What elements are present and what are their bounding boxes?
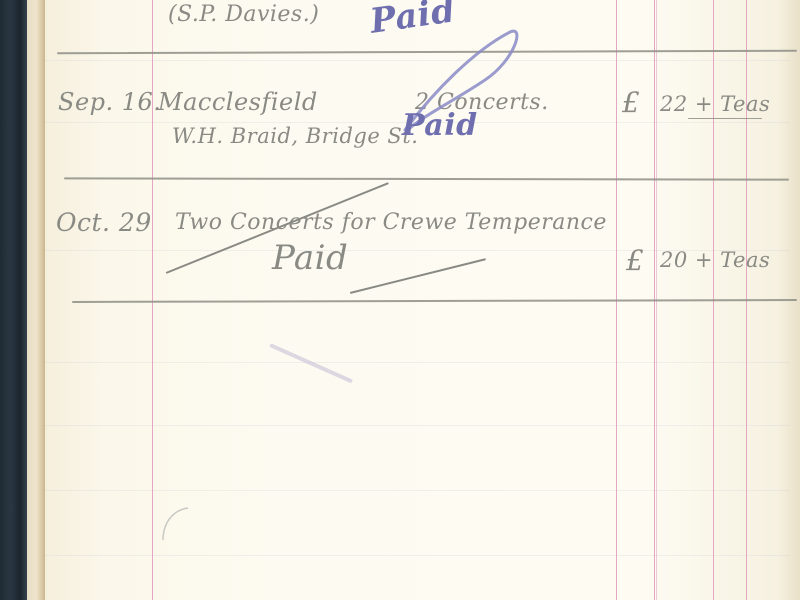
entry-date: Sep. 16. [58,88,161,116]
entry-description: Two Concerts for Crewe Temperance [175,210,607,235]
entry-contact: W.H. Braid, Bridge St. [172,124,418,148]
top-name-line: (S.P. Davies.) [168,2,319,27]
ledger-page-photo: (S.P. Davies.) Paid Sep. 16. Macclesfiel… [0,0,800,600]
faint-rule [45,490,790,491]
entry-fee: 22 + Teas [660,92,770,116]
fee-pound-sign: £ [622,86,640,119]
fee-underline [688,118,762,119]
paid-stamp: Paid [402,108,478,143]
entry-date: Oct. 29 [56,208,152,237]
book-binding [0,0,27,600]
faint-rule [45,555,790,556]
entry-fee: 20 + Teas [660,248,770,272]
fee-pound-sign: £ [626,244,644,277]
pencil-mark [158,505,198,545]
paid-stamp: Paid [272,238,348,278]
page-edge [27,0,46,600]
entry-place: Macclesfield [158,88,318,116]
faint-rule [45,362,790,363]
faint-rule [45,425,790,426]
